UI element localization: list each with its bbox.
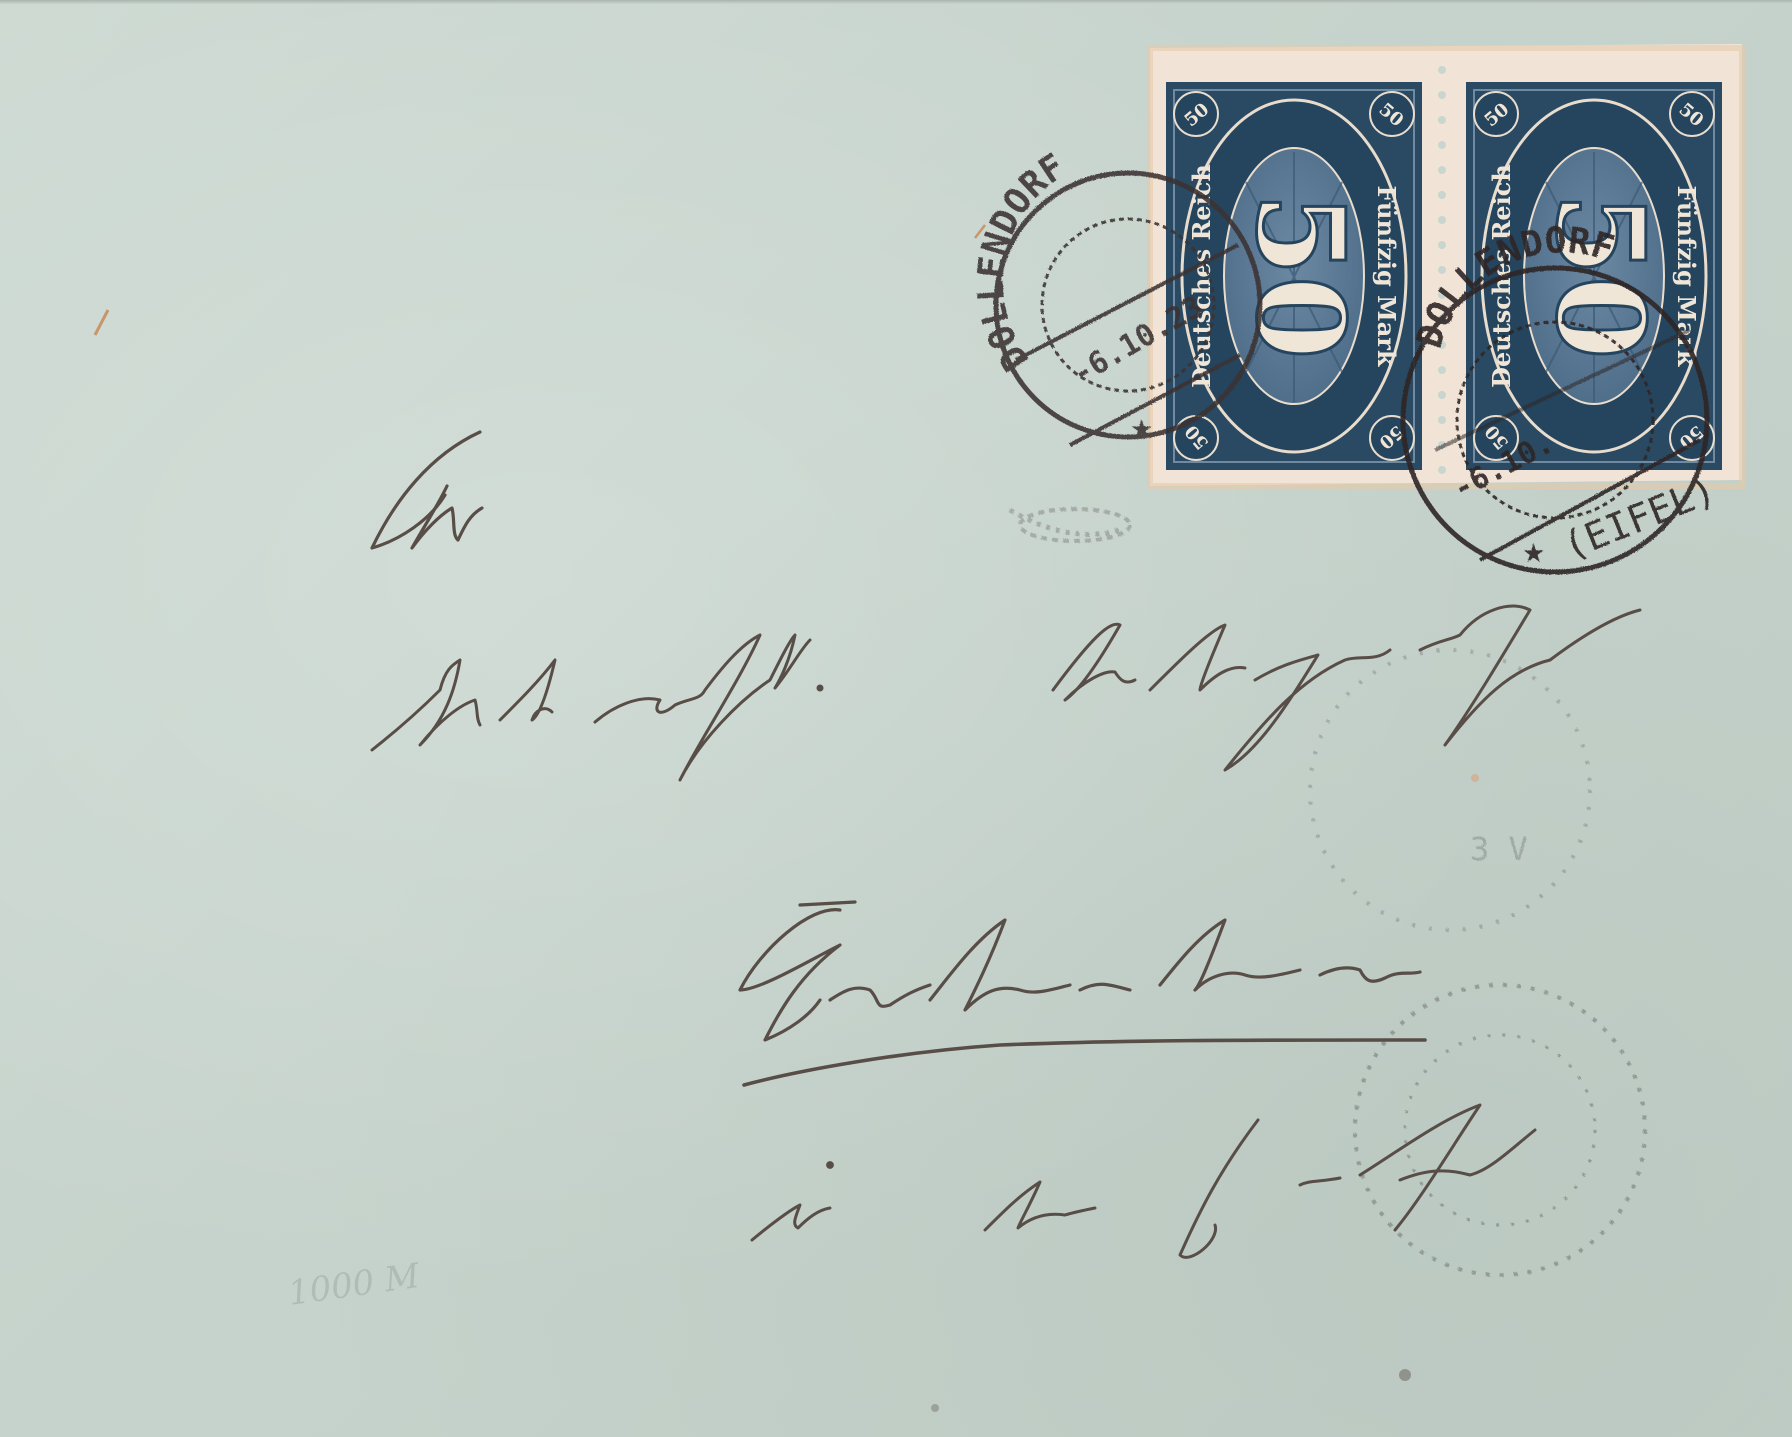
envelope: 1000 M — [0, 0, 1792, 1437]
address-city-strokes — [740, 902, 1425, 1085]
ghost-postmark-2: 3 V — [1310, 650, 1590, 930]
svg-text:★: ★ — [1130, 415, 1153, 444]
address-salutation-strokes — [372, 432, 482, 548]
svg-text:DOLLENDORF: DOLLENDORF — [971, 146, 1073, 378]
svg-text:1000 M: 1000 M — [286, 1256, 424, 1314]
envelope-artwork: 1000 M — [0, 0, 1792, 1437]
pencil-note: 1000 M — [286, 1256, 424, 1314]
address-line1-strokes-b — [1053, 606, 1640, 770]
svg-text:3 V: 3 V — [1470, 830, 1528, 868]
svg-text:(EIFEL): (EIFEL) — [1557, 468, 1722, 569]
ghost-postmark-1 — [1010, 509, 1130, 541]
svg-text:50: 50 — [1229, 193, 1370, 360]
address-line1-strokes-a — [372, 635, 822, 780]
svg-text:Fünfzig Mark: Fünfzig Mark — [1372, 185, 1401, 367]
ghost-postmark-3 — [1355, 985, 1645, 1275]
address-region-strokes — [752, 1105, 1535, 1257]
handwritten-address — [372, 432, 1640, 1257]
svg-text:★: ★ — [1522, 539, 1545, 568]
